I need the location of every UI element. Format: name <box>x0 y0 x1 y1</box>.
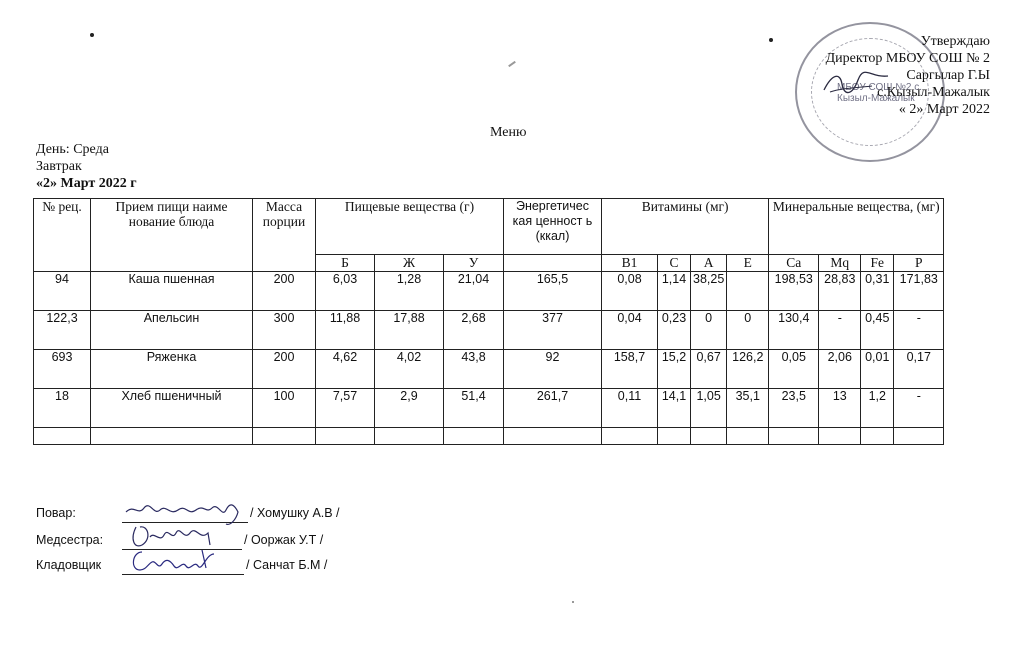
approval-block: Утверждаю Директор МБОУ СОШ № 2 Саргылар… <box>826 33 990 118</box>
header-vitamins: Витамины (мг) <box>602 199 769 255</box>
cell-c: 1,14 <box>658 272 691 311</box>
meal-label: Завтрак <box>36 159 82 175</box>
person-name: / Хомушку А.В / <box>250 506 340 520</box>
cell-c: 14,1 <box>658 389 691 428</box>
cell-fe: 0,45 <box>861 311 894 350</box>
cell-dish: Ряженка <box>91 350 253 389</box>
approval-line-4: с.Кызыл-Мажалык <box>826 84 990 101</box>
subheader-e: E <box>727 255 769 272</box>
subheader-ca: Ca <box>769 255 819 272</box>
subheader-p: P <box>894 255 944 272</box>
cell-b1: 0,04 <box>602 311 658 350</box>
cell-e: 126,2 <box>727 350 769 389</box>
cell-a: 0 <box>691 311 727 350</box>
cell-p: - <box>894 311 944 350</box>
header-recipe-no: № рец. <box>34 199 91 272</box>
table-row: 693Ряженка2004,624,0243,892158,715,20,67… <box>34 350 944 389</box>
cell-u: 21,04 <box>444 272 504 311</box>
table-row: 18Хлеб пшеничный1007,572,951,4261,70,111… <box>34 389 944 428</box>
role-label: Кладовщик <box>36 558 101 572</box>
day-label: День: Среда <box>36 142 109 158</box>
cell-b: 6,03 <box>316 272 375 311</box>
document-title: Меню <box>490 125 526 141</box>
approval-line-2: Директор МБОУ СОШ № 2 <box>826 50 990 67</box>
scan-mark <box>508 61 516 67</box>
cell-u: 2,68 <box>444 311 504 350</box>
cell-u: 51,4 <box>444 389 504 428</box>
header-portion: Масса порции <box>253 199 316 272</box>
cell-b: 4,62 <box>316 350 375 389</box>
scan-dot <box>90 33 94 37</box>
storekeeper-handwritten-signature <box>128 546 228 576</box>
cell-a: 38,25 <box>691 272 727 311</box>
menu-table: № рец. Прием пищи наиме нование блюда Ма… <box>33 198 944 445</box>
cell-portion: 200 <box>253 272 316 311</box>
cell-zh: 17,88 <box>375 311 444 350</box>
approval-line-5: « 2» Март 2022 <box>826 101 990 118</box>
cell-p: 0,17 <box>894 350 944 389</box>
table-row: 122,3Апельсин30011,8817,882,683770,040,2… <box>34 311 944 350</box>
cell-portion: 200 <box>253 350 316 389</box>
cell-c: 0,23 <box>658 311 691 350</box>
cell-energy: 377 <box>504 311 602 350</box>
cell-mg: 2,06 <box>819 350 861 389</box>
role-label: Медсестра: <box>36 533 103 547</box>
cell-dish: Апельсин <box>91 311 253 350</box>
approval-line-3: Саргылар Г.Ы <box>826 67 990 84</box>
cell-zh: 2,9 <box>375 389 444 428</box>
cell-portion: 300 <box>253 311 316 350</box>
cell-recipe: 122,3 <box>34 311 91 350</box>
cell-mg: 13 <box>819 389 861 428</box>
cell-portion: 100 <box>253 389 316 428</box>
person-name: / Ооржак У.Т / <box>244 533 323 547</box>
empty-row <box>34 428 944 445</box>
table-row: 94Каша пшенная2006,031,2821,04165,50,081… <box>34 272 944 311</box>
cell-fe: 1,2 <box>861 389 894 428</box>
subheader-fe: Fe <box>861 255 894 272</box>
date-label: «2» Март 2022 г <box>36 176 137 192</box>
cell-p: 171,83 <box>894 272 944 311</box>
cell-energy: 261,7 <box>504 389 602 428</box>
cell-recipe: 18 <box>34 389 91 428</box>
cell-energy: 165,5 <box>504 272 602 311</box>
cell-b1: 0,08 <box>602 272 658 311</box>
cell-b1: 0,11 <box>602 389 658 428</box>
scan-mark <box>572 601 574 603</box>
cell-a: 1,05 <box>691 389 727 428</box>
cell-mg: - <box>819 311 861 350</box>
cell-mg: 28,83 <box>819 272 861 311</box>
header-minerals: Минеральные вещества, (мг) <box>769 199 944 255</box>
header-dish: Прием пищи наиме нование блюда <box>91 199 253 272</box>
cell-fe: 0,31 <box>861 272 894 311</box>
cell-c: 15,2 <box>658 350 691 389</box>
cell-ca: 23,5 <box>769 389 819 428</box>
cell-ca: 130,4 <box>769 311 819 350</box>
header-nutrients: Пищевые вещества (г) <box>316 199 504 255</box>
cell-p: - <box>894 389 944 428</box>
cell-zh: 1,28 <box>375 272 444 311</box>
cell-b: 11,88 <box>316 311 375 350</box>
cell-u: 43,8 <box>444 350 504 389</box>
subheader-u: У <box>444 255 504 272</box>
cell-e: 0 <box>727 311 769 350</box>
subheader-energy <box>504 255 602 272</box>
approval-line-1: Утверждаю <box>826 33 990 50</box>
subheader-a: A <box>691 255 727 272</box>
subheader-b: Б <box>316 255 375 272</box>
cell-recipe: 94 <box>34 272 91 311</box>
scan-dot <box>769 38 773 42</box>
cell-ca: 198,53 <box>769 272 819 311</box>
cell-e <box>727 272 769 311</box>
cell-dish: Каша пшенная <box>91 272 253 311</box>
cell-b: 7,57 <box>316 389 375 428</box>
subheader-c: C <box>658 255 691 272</box>
cell-a: 0,67 <box>691 350 727 389</box>
cell-ca: 0,05 <box>769 350 819 389</box>
cell-b1: 158,7 <box>602 350 658 389</box>
subheader-mg: Mq <box>819 255 861 272</box>
cell-energy: 92 <box>504 350 602 389</box>
cell-recipe: 693 <box>34 350 91 389</box>
header-energy: Энергетичес кая ценност ь (ккал) <box>504 199 602 255</box>
subheader-zh: Ж <box>375 255 444 272</box>
role-label: Повар: <box>36 506 76 520</box>
person-name: / Санчат Б.М / <box>246 558 327 572</box>
cell-fe: 0,01 <box>861 350 894 389</box>
cell-e: 35,1 <box>727 389 769 428</box>
cell-dish: Хлеб пшеничный <box>91 389 253 428</box>
subheader-b1: B1 <box>602 255 658 272</box>
cell-zh: 4,02 <box>375 350 444 389</box>
header-row: № рец. Прием пищи наиме нование блюда Ма… <box>34 199 944 255</box>
